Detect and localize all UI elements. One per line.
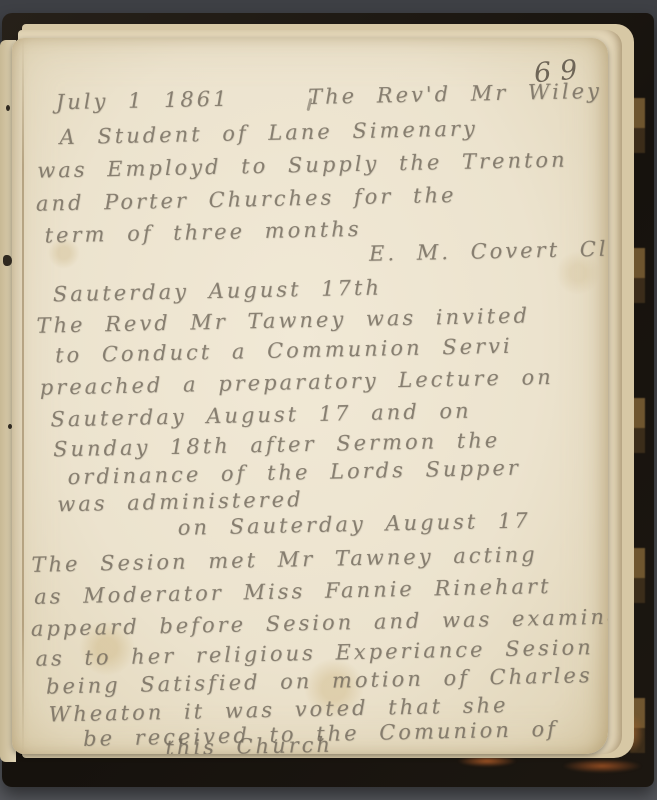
manuscript-line: as Moderator Miss Fannie Rinehart [34,574,552,609]
manuscript-line: Sauterday August 17th [53,275,383,306]
manuscript-line: ordinance of the Lords Supper [67,456,521,489]
photo-backdrop: 69 July 1 1861 The Rev'd Mr Wiley A Stud… [0,0,657,800]
binding-speck [8,424,12,429]
rust-spot [562,759,642,773]
manuscript-line: and Porter Churches for the [36,183,457,216]
manuscript-line: Sauterday August 17 and on [50,399,472,432]
manuscript-line: Sunday 18th after Sermon the [53,428,501,461]
manuscript-line: this Church [165,733,333,754]
manuscript-line: on Sauterday August 17 [177,508,530,539]
manuscript-line: July 1 1861 The Rev'd Mr Wiley [56,79,603,114]
manuscript-line: preached a preparatory Lecture on [40,365,554,400]
manuscript-line: was administered [57,487,304,516]
manuscript-line: The Sesion met Mr Tawney acting [31,542,538,577]
binding-speck [3,255,12,266]
manuscript-page: 69 July 1 1861 The Rev'd Mr Wiley A Stud… [12,38,608,754]
manuscript-line: The Revd Mr Tawney was invited [36,303,530,337]
manuscript-line: A Student of Lane Simenary [59,116,478,149]
manuscript-line: term of three months [44,217,361,248]
binding-speck [6,105,10,111]
manuscript-text: July 1 1861 The Rev'd Mr Wiley A Student… [12,38,608,754]
manuscript-line: was Employd to Supply the Trenton [37,148,568,183]
manuscript-line: to Conduct a Communion Servi [55,334,513,368]
manuscript-line: appeard before Sesion and was examine [31,605,608,641]
manuscript-line clerk-signature: E. M. Covert Clk [369,236,608,265]
